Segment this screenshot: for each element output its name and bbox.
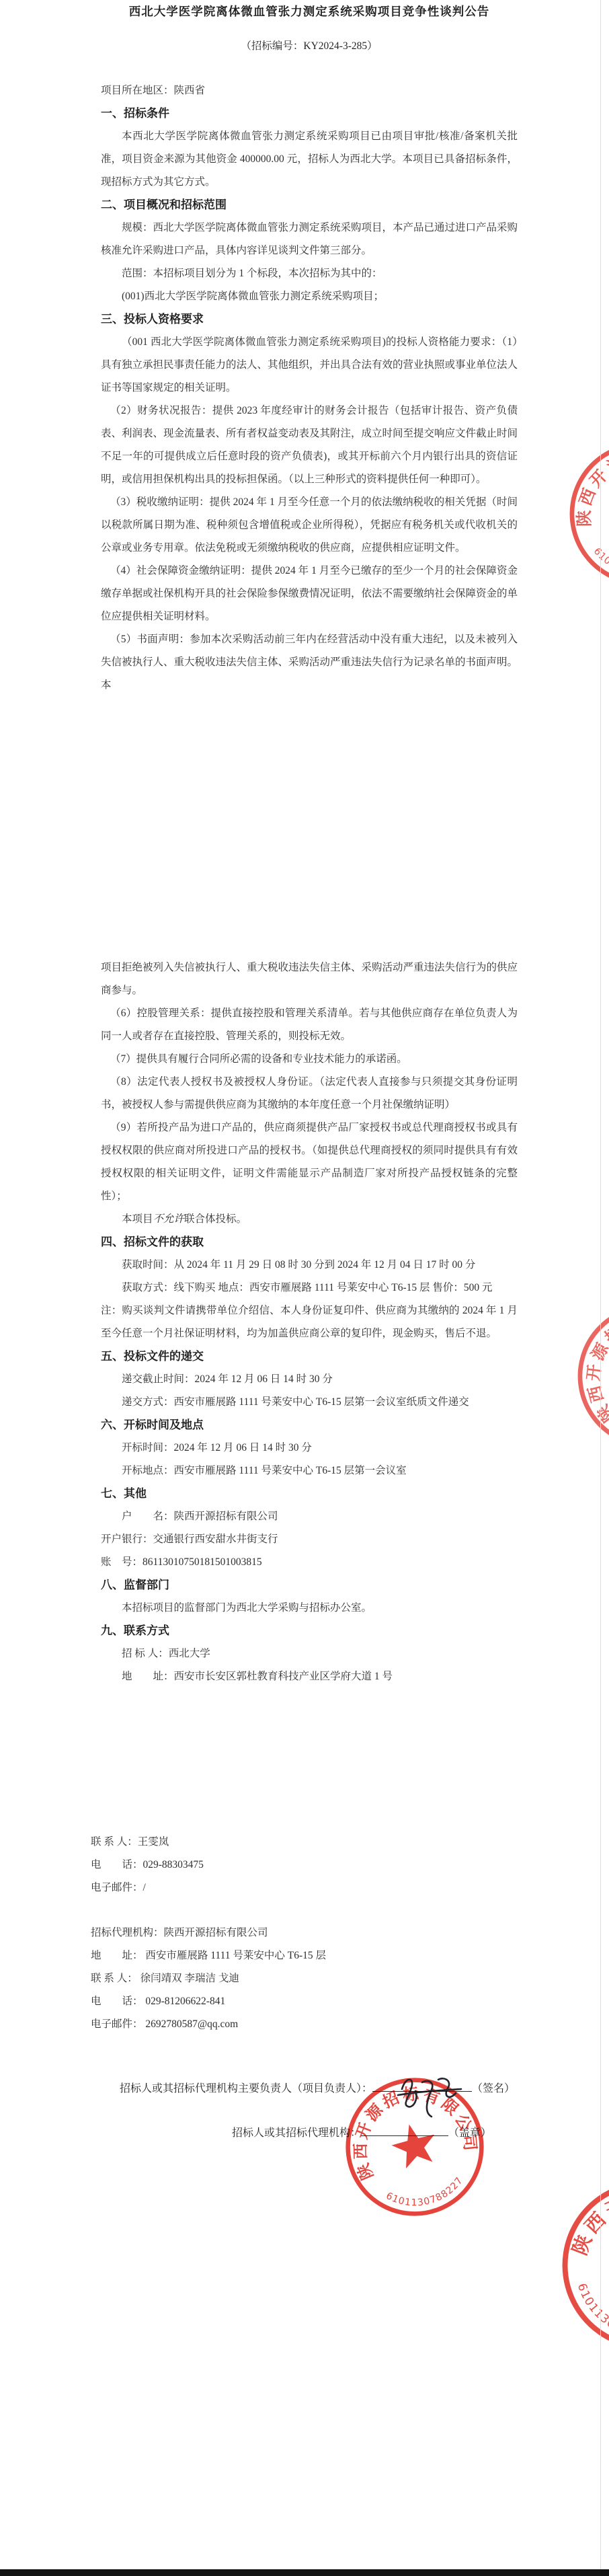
section-heading: 八、监督部门 [101,1574,518,1597]
section-heading: 三、投标人资格要求 [101,308,518,331]
doc-paragraph: 地 址： 西安市雁展路 1111 号莱安中心 T6-15 层 [91,1944,521,1967]
doc-paragraph: 项目拒绝被列入失信被执行人、重大税收违法失信主体、采购活动严重违法失信行为的供应… [101,956,518,1002]
doc-paragraph: （4）社会保障资金缴纳证明：提供 2024 年 1 月至今已缴存的至少一个月的社… [101,560,518,628]
doc-paragraph: 联 系 人：王雯岚 [91,1831,521,1854]
seal-fragment-right-top [563,436,609,593]
bottom-edge-bar [0,2569,609,2576]
signature-line-principal: 招标人或其招标代理机构主要负责人（项目负责人）：（签名） [120,2080,515,2095]
page-2-body: 项目拒绝被列入失信被执行人、重大税收违法失信主体、采购活动严重违法失信行为的供应… [101,956,518,1688]
doc-paragraph: 开户银行：交通银行西安甜水井街支行 [101,1528,518,1551]
document-page-2: 项目拒绝被列入失信被执行人、重大税收违法失信主体、采购活动严重违法失信行为的供应… [101,935,518,1688]
seal-fragment-right-middle [556,1283,609,1470]
doc-paragraph: 招 标 人：西北大学 [101,1642,518,1665]
doc-paragraph: 本项目不允许联合体投标。 [101,1208,518,1231]
signature-underline [372,2080,472,2092]
doc-paragraph: 电子邮件： 2692780587@qq.com [91,2013,521,2036]
signature-suffix: （签名） [472,2083,515,2094]
doc-paragraph: （2）财务状况报告：提供 2023 年度经审计的财务会计报告（包括审计报告、资产… [101,400,518,491]
doc-paragraph: 账 号：86113010750181501003815 [101,1551,518,1574]
section-heading: 一、招标条件 [101,102,518,125]
doc-paragraph: （6）控股管理关系：提供直接控股和管理关系清单。若与其他供应商存在单位负责人为同… [101,1002,518,1048]
doc-paragraph: （3）税收缴纳证明：提供 2024 年 1 月至今任意一个月的依法缴纳税收的相关… [101,491,518,560]
doc-paragraph: (001)西北大学医学院离体微血管张力测定系统采购项目； [101,285,518,308]
doc-paragraph: 招标代理机构：陕西开源招标有限公司 [91,1922,521,1944]
doc-paragraph: 电 话： 029-81206622-841 [91,1990,521,2013]
doc-paragraph: （7）提供具有履行合同所必需的设备和专业技术能力的承诺函。 [101,1048,518,1071]
seal-underline [361,2124,448,2136]
doc-paragraph: 获取时间：从 2024 年 11 月 29 日 08 时 30 分到 2024 … [101,1254,518,1277]
document-page-1: 西北大学医学院离体微血管张力测定系统采购项目竞争性谈判公告 （招标编号：KY20… [101,0,518,697]
doc-paragraph: 范围：本招标项目划分为 1 个标段，本次招标为其中的： [101,262,518,285]
doc-paragraph: 本招标项目的监督部门为西北大学采购与招标办公室。 [101,1597,518,1620]
doc-paragraph: 电 话：029-88303475 [91,1854,521,1877]
doc-paragraph: 开标时间：2024 年 12 月 06 日 14 时 30 分 [101,1437,518,1460]
doc-text-part: 联合体投标。 [184,1213,247,1225]
seal-suffix: （盖章） [448,2127,491,2139]
page-edge-line [600,0,601,2569]
doc-paragraph: 联 系 人： 徐闫靖双 李瑞洁 戈迪 [91,1967,521,1990]
doc-paragraph: 递交方式：西安市雁展路 1111 号莱安中心 T6-15 层第一会议室纸质文件递… [101,1391,518,1414]
doc-paragraph: 递交截止时间：2024 年 12 月 06 日 14 时 30 分 [101,1368,518,1391]
doc-paragraph: 规模：西北大学医学院离体微血管张力测定系统采购项目，本产品已通过进口产品采购核准… [101,217,518,262]
document-page-3: 联 系 人：王雯岚电 话：029-88303475电子邮件：/招标代理机构：陕西… [91,1809,521,2036]
signature-line-label: 招标人或其招标代理机构主要负责人（项目负责人）： [120,2083,372,2094]
section-heading: 四、招标文件的获取 [101,1231,518,1254]
doc-paragraph: （5）书面声明：参加本次采购活动前三年内在经营活动中没有重大违纪，以及未被列入失… [101,628,518,697]
page-3-body: 联 系 人：王雯岚电 话：029-88303475电子邮件：/招标代理机构：陕西… [91,1831,521,2036]
section-heading: 五、投标文件的递交 [101,1345,518,1368]
doc-paragraph: 地 址：西安市长安区郭杜教育科技产业区学府大道 1 号 [101,1665,518,1688]
section-heading: 七、其他 [101,1482,518,1505]
doc-text-part: 不允许 [153,1213,185,1225]
doc-paragraph: 项目所在地区：陕西省 [101,79,518,102]
doc-paragraph: 户 名：陕西开源招标有限公司 [101,1505,518,1528]
page-1-body: 项目所在地区：陕西省一、招标条件本西北大学医学院离体微血管张力测定系统采购项目已… [101,79,518,697]
doc-paragraph: （8）法定代表人授权书及被授权人身份证。（法定代表人直接参与只须提交其身份证明书… [101,1071,518,1116]
doc-text-part: 本项目 [122,1213,153,1225]
section-heading: 九、联系方式 [101,1620,518,1642]
section-heading: 二、项目概况和招标范围 [101,194,518,217]
doc-paragraph: 获取方式：线下购买 地点：西安市雁展路 1111 号莱安中心 T6-15 层 售… [101,1277,518,1299]
doc-paragraph: 电子邮件：/ [91,1877,521,1899]
page-title: 西北大学医学院离体微血管张力测定系统采购项目竞争性谈判公告 [101,0,518,23]
seal-fragment-right-small [603,1690,609,1812]
tender-number: （招标编号：KY2024-3-285） [101,35,518,58]
signature-line-agency: 招标人或其招标代理机构：（盖章） [232,2124,491,2139]
section-heading: 六、开标时间及地点 [101,1414,518,1437]
seal-line-label: 招标人或其招标代理机构： [232,2127,361,2139]
doc-paragraph: 开标地点：西安市雁展路 1111 号莱安中心 T6-15 层第一会议室 [101,1460,518,1482]
seal-fragment-bottom-right [535,2154,609,2377]
doc-paragraph: 本西北大学医学院离体微血管张力测定系统采购项目已由项目审批/核准/备案机关批准，… [101,125,518,194]
doc-paragraph: 注：购买谈判文件请携带单位介绍信、本人身份证复印件、供应商为其缴纳的 2024 … [101,1299,518,1345]
doc-paragraph: （001 西北大学医学院离体微血管张力测定系统采购项目)的投标人资格能力要求：（… [101,331,518,400]
doc-paragraph: （9）若所投产品为进口产品的，供应商须提供产品厂家授权书或总代理商授权书或具有授… [101,1116,518,1208]
